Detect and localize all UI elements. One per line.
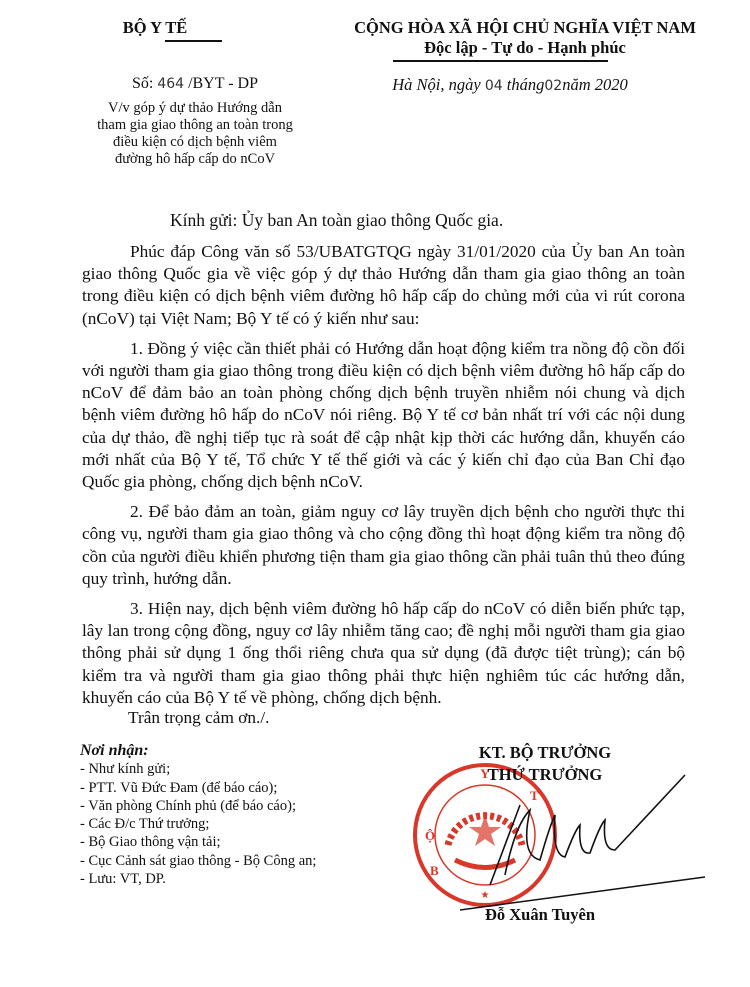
signer-name: Đỗ Xuân Tuyên (440, 905, 640, 925)
document-number: Số: 464 /BYT - DP (80, 75, 310, 93)
svg-text:Ộ: Ộ (425, 828, 435, 843)
body-paragraph: 1. Đồng ý việc cần thiết phải có Hướng d… (82, 338, 685, 493)
date-line: Hà Nội, ngày 04 tháng02năm 2020 (340, 75, 680, 95)
issuing-ministry: BỘ Y TẾ (40, 18, 270, 38)
recipient-item: - Bộ Giao thông vận tải; (80, 833, 316, 851)
recipients-title: Nơi nhận: (80, 742, 316, 760)
salutation: Kính gửi: Ủy ban An toàn giao thông Quốc… (170, 210, 503, 231)
body-paragraph: Phúc đáp Công văn số 53/UBATGTQG ngày 31… (82, 241, 685, 330)
recipient-item: - Như kính gửi; (80, 760, 316, 778)
handwritten-month: 02 (544, 78, 562, 94)
national-header: CỘNG HÒA XÃ HỘI CHỦ NGHĨA VIỆT NAM Độc l… (305, 18, 745, 58)
body-paragraph: 3. Hiện nay, dịch bệnh viêm đường hô hấp… (82, 598, 685, 709)
svg-text:B: B (430, 863, 439, 878)
ministry-underline (165, 40, 222, 42)
recipient-item: - Lưu: VT, DP. (80, 870, 316, 888)
recipient-item: - Văn phòng Chính phủ (để báo cáo); (80, 797, 316, 815)
nation-name: CỘNG HÒA XÃ HỘI CHỦ NGHĨA VIỆT NAM (305, 18, 745, 38)
closing-line: Trân trọng cảm ơn./. (128, 708, 269, 728)
motto-underline (393, 60, 608, 62)
national-motto: Độc lập - Tự do - Hạnh phúc (305, 38, 745, 58)
handwritten-day: 04 (485, 78, 503, 94)
body-paragraph: 2. Để bảo đảm an toàn, giảm nguy cơ lây … (82, 501, 685, 590)
recipient-item: - PTT. Vũ Đức Đam (để báo cáo); (80, 779, 316, 797)
letter-body: Phúc đáp Công văn số 53/UBATGTQG ngày 31… (82, 241, 685, 717)
recipients-list: Nơi nhận: - Như kính gửi; - PTT. Vũ Đức … (80, 742, 316, 888)
recipient-item: - Các Đ/c Thứ trưởng; (80, 815, 316, 833)
document-subject: V/v góp ý dự thảo Hướng dẫn tham gia gia… (80, 100, 310, 168)
handwritten-number: 464 (157, 76, 184, 92)
handwritten-signature-icon (460, 765, 710, 915)
recipient-item: - Cục Cảnh sát giao thông - Bộ Công an; (80, 852, 316, 870)
